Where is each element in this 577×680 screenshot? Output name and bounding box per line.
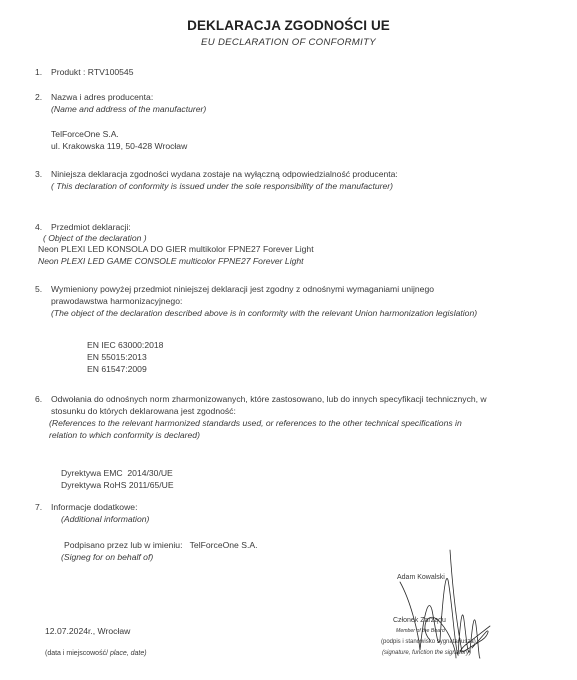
section-number: 2. xyxy=(35,92,51,102)
standard-item: EN 55015:2013 xyxy=(87,352,147,362)
section-1: 1.Produkt : RTV100545 xyxy=(35,67,134,77)
directive-row: Dyrektywa EMC 2014/30/UE xyxy=(61,468,173,478)
date-place-caption-en: place, date) xyxy=(108,650,147,657)
date-place-caption-pl: (data i miejscowość/ xyxy=(45,650,108,657)
section-6-heading: 6.Odwołania do odnośnych norm zharmonizo… xyxy=(35,394,487,404)
additional-info-translation: (Additional information) xyxy=(61,514,149,524)
references-translation-line1: (References to the relevant harmonized s… xyxy=(49,418,462,428)
directive-label: Dyrektywa RoHS xyxy=(61,480,126,490)
directive-label: Dyrektywa EMC xyxy=(61,468,123,478)
directive-value: 2011/65/UE xyxy=(129,480,174,490)
product-code: Produkt : RTV100545 xyxy=(51,67,134,77)
section-7-heading: 7.Informacje dodatkowe: xyxy=(35,502,137,512)
conformity-translation: (The object of the declaration described… xyxy=(51,308,477,318)
section-3-heading: 3.Niniejsza deklaracja zgodności wydana … xyxy=(35,169,398,179)
responsibility-translation: ( This declaration of conformity is issu… xyxy=(51,181,393,191)
directive-value: 2014/30/UE xyxy=(127,468,172,478)
responsibility-text: Niniejsza deklaracja zgodności wydana zo… xyxy=(51,169,398,179)
document-title: DEKLARACJA ZGODNOŚCI UE xyxy=(0,18,577,33)
conformity-text-line1: Wymieniony powyżej przedmiot niniejszej … xyxy=(51,284,434,294)
manufacturer-translation: (Name and address of the manufacturer) xyxy=(51,104,206,114)
directive-row: Dyrektywa RoHS 2011/65/UE xyxy=(61,480,174,490)
product-name-pl: Neon PLEXI LED KONSOLA DO GIER multikolo… xyxy=(38,244,314,254)
section-number: 5. xyxy=(35,284,51,294)
additional-info-label: Informacje dodatkowe: xyxy=(51,502,137,512)
handwritten-signature xyxy=(390,540,500,670)
references-translation-line2: relation to which conformity is declared… xyxy=(49,430,200,440)
section-number: 6. xyxy=(35,394,51,404)
manufacturer-address: ul. Krakowska 119, 50-428 Wrocław xyxy=(51,141,187,151)
manufacturer-label: Nazwa i adres producenta: xyxy=(51,92,153,102)
object-translation: ( Object of the declaration ) xyxy=(43,233,147,243)
references-text-line1: Odwołania do odnośnych norm zharmonizowa… xyxy=(51,394,487,404)
manufacturer-name: TelForceOne S.A. xyxy=(51,129,119,139)
standard-item: EN 61547:2009 xyxy=(87,364,147,374)
section-5-heading: 5.Wymieniony powyżej przedmiot niniejsze… xyxy=(35,284,434,294)
signed-on-behalf: Podpisano przez lub w imieniu: TelForceO… xyxy=(64,540,257,550)
product-name-en: Neon PLEXI LED GAME CONSOLE multicolor F… xyxy=(38,256,304,266)
section-number: 1. xyxy=(35,67,51,77)
document-subtitle: EU DECLARATION OF CONFORMITY xyxy=(0,37,577,48)
standard-item: EN IEC 63000:2018 xyxy=(87,340,163,350)
signed-translation: (Signeg for on behalf of) xyxy=(61,552,153,562)
section-number: 4. xyxy=(35,222,51,232)
section-number: 7. xyxy=(35,502,51,512)
date-place: 12.07.2024r., Wrocław xyxy=(45,626,130,636)
section-2-heading: 2.Nazwa i adres producenta: xyxy=(35,92,153,102)
references-text-line2: stosunku do których deklarowana jest zgo… xyxy=(51,406,236,416)
section-number: 3. xyxy=(35,169,51,179)
section-4-heading: 4.Przedmiot deklaracji: xyxy=(35,222,131,232)
date-place-caption: (data i miejscowość/ place, date) xyxy=(45,650,147,657)
signed-company: TelForceOne S.A. xyxy=(190,540,258,550)
conformity-text-line2: prawodawstwa harmonizacyjnego: xyxy=(51,296,182,306)
signed-label: Podpisano przez lub w imieniu: xyxy=(64,540,182,550)
object-label: Przedmiot deklaracji: xyxy=(51,222,131,232)
